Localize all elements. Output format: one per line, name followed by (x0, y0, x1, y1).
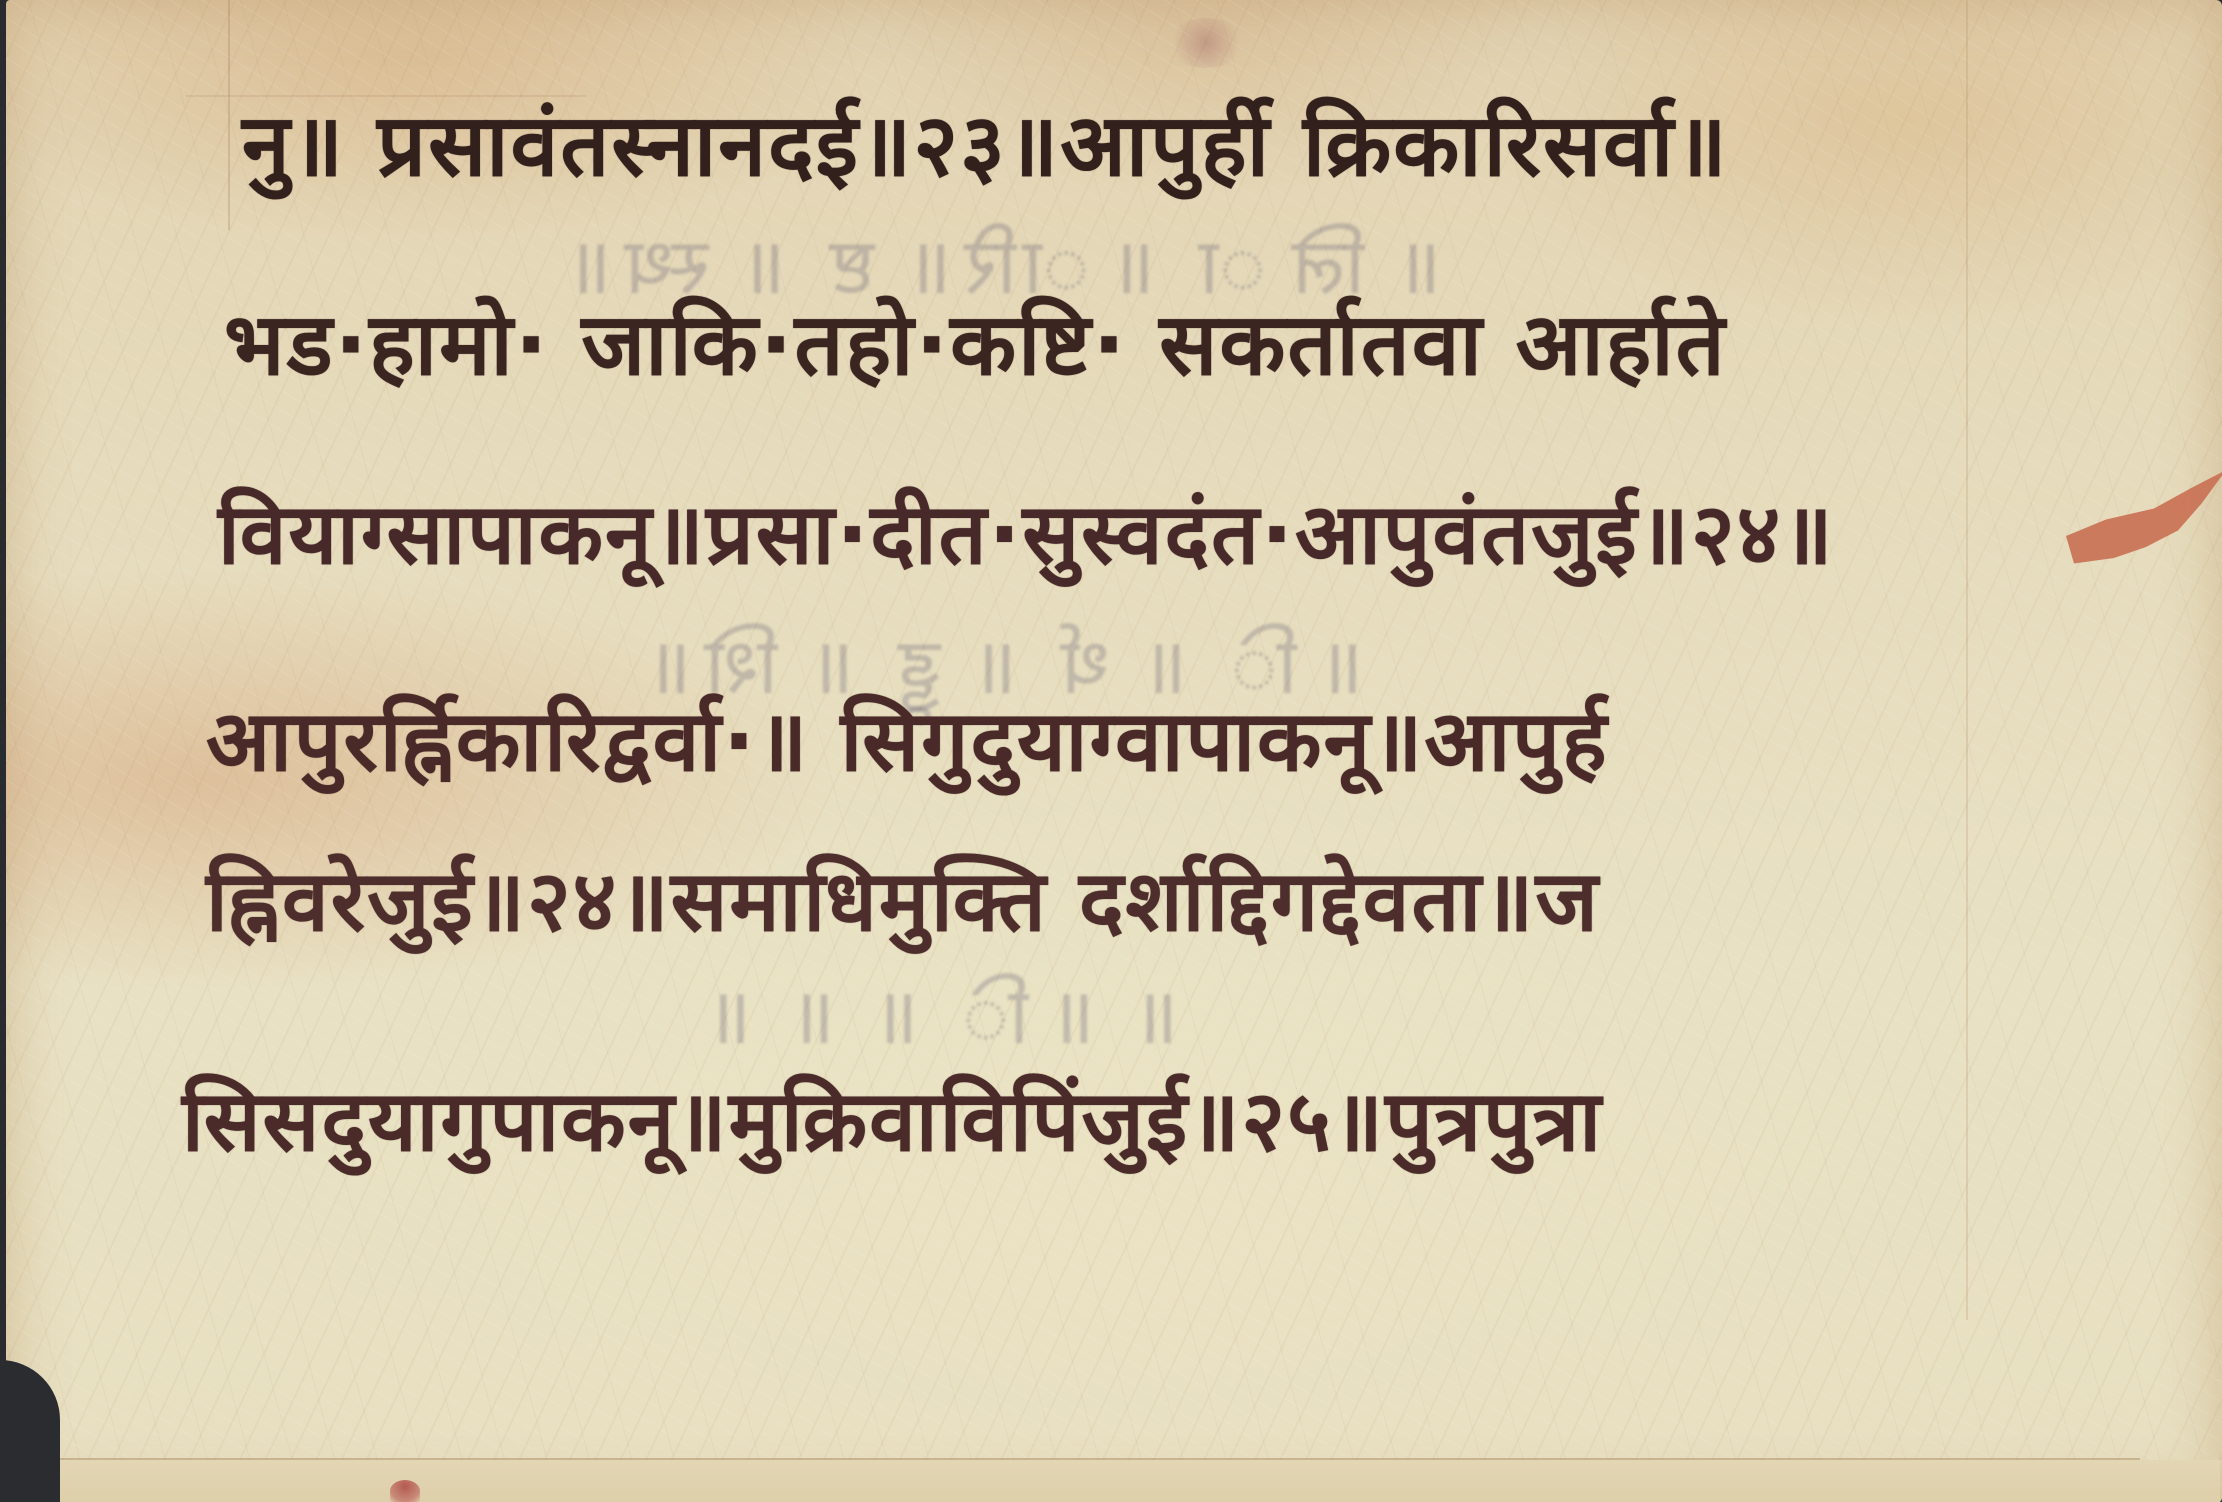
manuscript-line-6: सिसदुयागुपाकनू॥मुक्रिवाविपिंजुई॥२५॥पुत्र… (182, 1060, 1603, 1175)
folded-bottom-edge (40, 1460, 2220, 1502)
manuscript-line-1: नु॥ प्रसावंतस्नानदर्ई॥२३॥आपुर्ही क्रिकार… (242, 84, 1729, 201)
manuscript-line-4: आपुरर्ह्निकारिद्वर्वा·॥ सिगुदुयाग्वापाकन… (206, 680, 1609, 795)
manuscript-line-5: ह्निवरेजुई॥२४॥समाधिमुक्ति दर्शाद्दिगद्दे… (206, 840, 1600, 955)
manuscript-line-3: वियाग्सापाकनू॥प्रसा·दीत·सुस्वदंत·आपुवंतज… (218, 473, 1835, 588)
manuscript-photo: ॥ लि ा ॥ ारि॥ ष्ट ॥ स्थ॥ ॥ ि ॥ र्थ ॥ ड्ड… (0, 0, 2222, 1502)
ink-stain (1166, 18, 1246, 68)
red-edge-mark (390, 1480, 420, 1502)
show-through-text: ॥ ॥ ि ॥ ॥ ॥ (706, 960, 1186, 1066)
manuscript-line-2: भड·हामो· जाकि·तहो·कष्टि· सकर्तातवा आर्हा… (224, 283, 1727, 400)
left-margin-line (228, 0, 230, 230)
fold-line (60, 1458, 2140, 1460)
manuscript-folio: ॥ लि ा ॥ ारि॥ ष्ट ॥ स्थ॥ ॥ ि ॥ र्थ ॥ ड्ड… (6, 0, 2222, 1502)
right-margin-line (1966, 0, 1968, 1320)
red-paper-fragment (2066, 470, 2222, 580)
